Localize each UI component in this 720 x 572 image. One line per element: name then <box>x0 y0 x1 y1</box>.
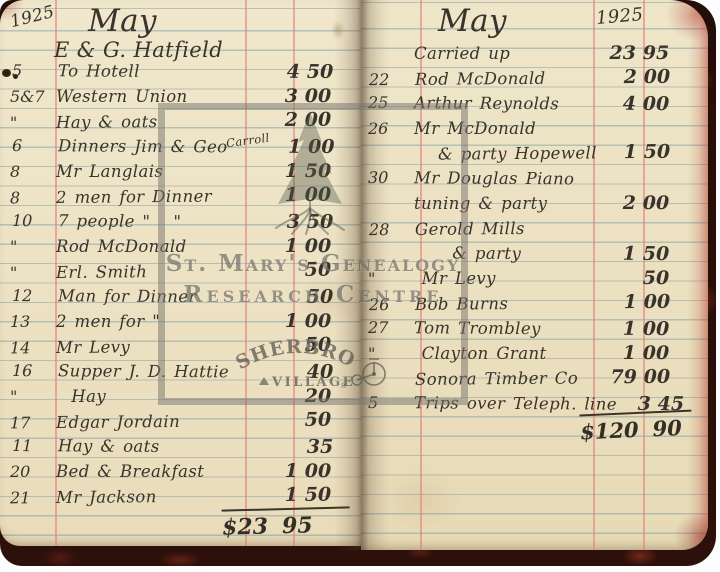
entry-date: 28 <box>363 218 415 243</box>
entry-description: Carried up <box>414 42 602 67</box>
total-dollars: 120 <box>594 417 639 444</box>
entry-date: 26 <box>362 117 414 142</box>
entry-description: & party <box>414 241 602 267</box>
entry-date <box>363 143 415 168</box>
entry-date: 12 <box>6 284 58 309</box>
entry-dollars <box>602 267 636 292</box>
table-row: 12 Man for Dinner 50 <box>6 284 340 311</box>
table-row: 8 2 men for Dinner 1 00 <box>4 184 338 212</box>
entry-cents: 20 <box>298 385 338 410</box>
entry-description: Gerold Mills <box>415 216 603 242</box>
total-cents: 90 <box>652 415 682 441</box>
entry-date: 30 <box>362 166 414 191</box>
table-row: 26 Bob Burns 1 00 <box>363 291 677 318</box>
entry-cents: 00 <box>637 366 677 391</box>
table-row: 5&7 Western Union 3 00 <box>4 85 338 110</box>
entry-cents: 00 <box>636 342 676 367</box>
entry-dollars: 1 <box>268 460 298 485</box>
table-row: & party 1 50 <box>362 241 676 268</box>
dollar-sign: $ <box>222 514 238 540</box>
entry-date: 11 <box>6 434 58 459</box>
entry-description: 2 men for " <box>56 310 268 335</box>
table-row: " Hay & oats 2 00 <box>4 109 338 137</box>
entry-dollars <box>603 216 637 241</box>
entry-dollars <box>268 334 298 359</box>
entry-description: & party Hopewell <box>415 141 603 167</box>
entry-cents: 50 <box>298 484 338 509</box>
table-row: " Erl. Smith 50 <box>4 259 338 287</box>
table-row: " Mr Levy 50 <box>362 267 676 292</box>
table-row: " Rod McDonald 1 00 <box>4 235 338 260</box>
entry-description: Mr Levy <box>56 334 268 361</box>
left-entries-table: 5 To Hotell 4 50 5&7 Western Union 3 00 … <box>4 60 338 510</box>
entry-description: Clayton Grant <box>414 342 602 367</box>
entry-dollars: 4 <box>602 93 636 118</box>
table-row: 22 Rod McDonald 2 00 <box>363 66 677 93</box>
table-row: tuning & party 2 00 <box>362 192 676 217</box>
table-row: 11 Hay & oats 35 <box>6 434 340 461</box>
entry-dollars: 2 <box>268 109 298 134</box>
account-header: E & G. Hatfield <box>54 38 223 62</box>
entry-cents: 50 <box>637 141 677 166</box>
entry-superscript: Carroll <box>224 127 270 156</box>
entry-date: " <box>4 261 56 286</box>
table-row: 14 Mr Levy 50 <box>4 334 338 362</box>
entry-dollars <box>270 436 300 461</box>
entry-date: 25 <box>362 91 414 116</box>
table-row: & party Hopewell 1 50 <box>363 141 677 168</box>
entry-cents: 00 <box>298 184 338 209</box>
entry-dollars: 3 <box>270 211 300 236</box>
entry-dollars: 2 <box>602 192 636 217</box>
dollar-sign: $ <box>580 419 596 445</box>
entry-dollars: 3 <box>268 85 298 110</box>
entry-description: Mr Langlais <box>56 160 268 185</box>
entry-date: " <box>4 385 56 410</box>
entry-dollars: 2 <box>603 66 637 91</box>
total-cents: 95 <box>282 512 313 539</box>
entry-date <box>362 42 414 67</box>
entry-dollars: 1 <box>268 160 298 185</box>
table-row: Carried up 23 95 <box>362 42 676 67</box>
entry-description: Rod McDonald <box>56 235 268 260</box>
entry-description: Erl. Smith <box>56 259 268 286</box>
entry-dollars: 1 <box>603 291 637 316</box>
entry-description: Man for Dinner <box>58 284 270 310</box>
entry-cents <box>637 216 677 241</box>
entry-description: Mr Jackson <box>56 484 268 511</box>
entry-description: Supper J. D. Hattie <box>58 359 270 385</box>
table-row: 27 Tom Trombley 1 00 <box>362 316 676 343</box>
entry-dollars: 1 <box>268 184 298 209</box>
entry-cents: 00 <box>636 318 676 343</box>
ledger-photo: 1925 May E & G. Hatfield 5 To Hotell 4 5… <box>0 0 720 572</box>
entry-date: 22 <box>363 68 415 93</box>
entry-cents: 50 <box>300 211 340 236</box>
entry-cents: 50 <box>298 334 338 359</box>
entry-cents: 00 <box>298 460 338 485</box>
table-row: 16 Supper J. D. Hattie 40 <box>6 359 340 386</box>
entry-description: To Hotell <box>58 59 270 85</box>
entry-date: 21 <box>4 486 56 511</box>
left-month-heading: May <box>88 3 157 39</box>
table-row: 8 Mr Langlais 1 50 <box>4 160 338 185</box>
entry-dollars: 4 <box>270 61 300 86</box>
entry-cents: 00 <box>636 93 676 118</box>
entry-description: Edgar Jordain <box>56 409 268 436</box>
entry-date: 14 <box>4 336 56 361</box>
entry-cents: 50 <box>298 259 338 284</box>
entry-date: 8 <box>4 160 56 185</box>
entry-date: 10 <box>6 209 58 234</box>
entry-date: 26 <box>363 293 415 318</box>
table-row: 13 2 men for " 1 00 <box>4 310 338 335</box>
entry-description: Dinners Jim & GeoCarroll <box>58 134 271 160</box>
entry-cents <box>636 117 676 142</box>
entry-date: 5&7 <box>4 85 56 110</box>
entry-cents: 40 <box>300 361 340 386</box>
entry-date <box>363 368 415 393</box>
right-year: 1925 <box>595 4 644 29</box>
table-row: 17 Edgar Jordain 50 <box>4 409 338 437</box>
entry-dollars <box>268 259 298 284</box>
entry-date: 5 <box>6 59 58 84</box>
entry-cents: 50 <box>636 243 676 268</box>
entry-description: Tom Trombley <box>414 316 602 342</box>
entry-cents: 00 <box>298 85 338 110</box>
entry-dollars <box>268 409 298 434</box>
entry-date: 27 <box>362 316 414 341</box>
entry-date: " <box>4 235 56 260</box>
entry-description: Mr McDonald <box>414 117 602 142</box>
entry-dollars: 1 <box>268 310 298 335</box>
entry-dollars <box>270 286 300 311</box>
entry-dollars: 1 <box>603 141 637 166</box>
entry-dollars: 1 <box>271 136 301 161</box>
entry-date: 20 <box>4 460 56 485</box>
entry-dollars <box>270 361 300 386</box>
entry-description: 2 men for Dinner <box>56 184 268 211</box>
entry-description: Bob Burns <box>415 291 603 317</box>
right-entries-table: Carried up 23 95 22 Rod McDonald 2 00 25… <box>362 42 676 417</box>
entry-description: 7 people " " <box>58 209 270 235</box>
left-page-total: $2395 <box>222 506 351 540</box>
entry-dollars: 1 <box>602 243 636 268</box>
entry-description: Rod McDonald <box>415 66 603 92</box>
entry-cents: 50 <box>298 160 338 185</box>
table-row: 28 Gerold Mills <box>363 216 677 243</box>
entry-cents: 00 <box>637 291 677 316</box>
entry-description: Sonora Timber Co <box>415 366 603 392</box>
entry-description: Hay & oats <box>58 434 270 460</box>
table-row: 5 To Hotell 4 50 <box>6 59 340 86</box>
entry-cents: 50 <box>298 409 338 434</box>
entry-description: Mr Levy <box>414 267 602 292</box>
table-row: Sonora Timber Co 79 00 <box>363 366 677 393</box>
entry-cents <box>636 168 676 193</box>
entry-dollars: 1 <box>602 342 636 367</box>
entry-cents: 00 <box>298 109 338 134</box>
entry-cents: 00 <box>298 235 338 260</box>
entry-description: Arthur Reynolds <box>414 91 602 117</box>
entry-cents: 00 <box>637 66 677 91</box>
entry-description: Hay <box>56 385 268 410</box>
entry-date: " <box>362 267 414 292</box>
table-row: 10 7 people " " 3 50 <box>6 209 340 236</box>
entry-dollars: 79 <box>603 366 637 391</box>
entry-date: 8 <box>4 186 56 211</box>
table-row: 30 Mr Douglas Piano <box>362 166 676 193</box>
entry-date: " <box>362 342 414 367</box>
table-row: " Hay 20 <box>4 385 338 410</box>
entry-date: 13 <box>4 310 56 335</box>
entry-cents: 00 <box>301 136 341 161</box>
entry-date: 6 <box>6 134 58 159</box>
entry-description: Mr Douglas Piano <box>414 166 602 192</box>
entry-dollars <box>602 168 636 193</box>
entry-cents: 95 <box>636 42 676 67</box>
entry-date <box>362 192 414 217</box>
entry-description: Bed & Breakfast <box>56 460 268 485</box>
entry-dollars: 1 <box>602 318 636 343</box>
entry-date: " <box>4 111 56 136</box>
entry-cents: 00 <box>636 192 676 217</box>
entry-date: 16 <box>6 359 58 384</box>
entry-description: tuning & party <box>414 192 602 217</box>
entry-cents: 50 <box>636 267 676 292</box>
entry-date <box>362 241 414 266</box>
entry-dollars <box>602 117 636 142</box>
entry-dollars: 23 <box>602 42 636 67</box>
entry-cents: 50 <box>300 61 340 86</box>
entry-dollars: 1 <box>268 235 298 260</box>
entry-cents: 50 <box>300 286 340 311</box>
table-row: 25 Arthur Reynolds 4 00 <box>362 91 676 118</box>
entry-dollars: 1 <box>268 484 298 509</box>
table-row: 6 Dinners Jim & GeoCarroll 1 00 <box>6 134 340 161</box>
total-dollars: 23 <box>237 513 268 540</box>
entry-date: 5 <box>362 391 414 416</box>
table-row: 20 Bed & Breakfast 1 00 <box>4 460 338 485</box>
table-row: " Clayton Grant 1 00 <box>362 342 676 367</box>
right-month-heading: May <box>438 3 507 39</box>
entry-dollars <box>268 385 298 410</box>
table-row: 26 Mr McDonald <box>362 117 676 142</box>
entry-description: Western Union <box>56 85 268 110</box>
entry-cents: 00 <box>298 310 338 335</box>
entry-cents: 35 <box>300 436 340 461</box>
entry-date: 17 <box>4 411 56 436</box>
right-page-total: $12090 <box>579 410 692 445</box>
